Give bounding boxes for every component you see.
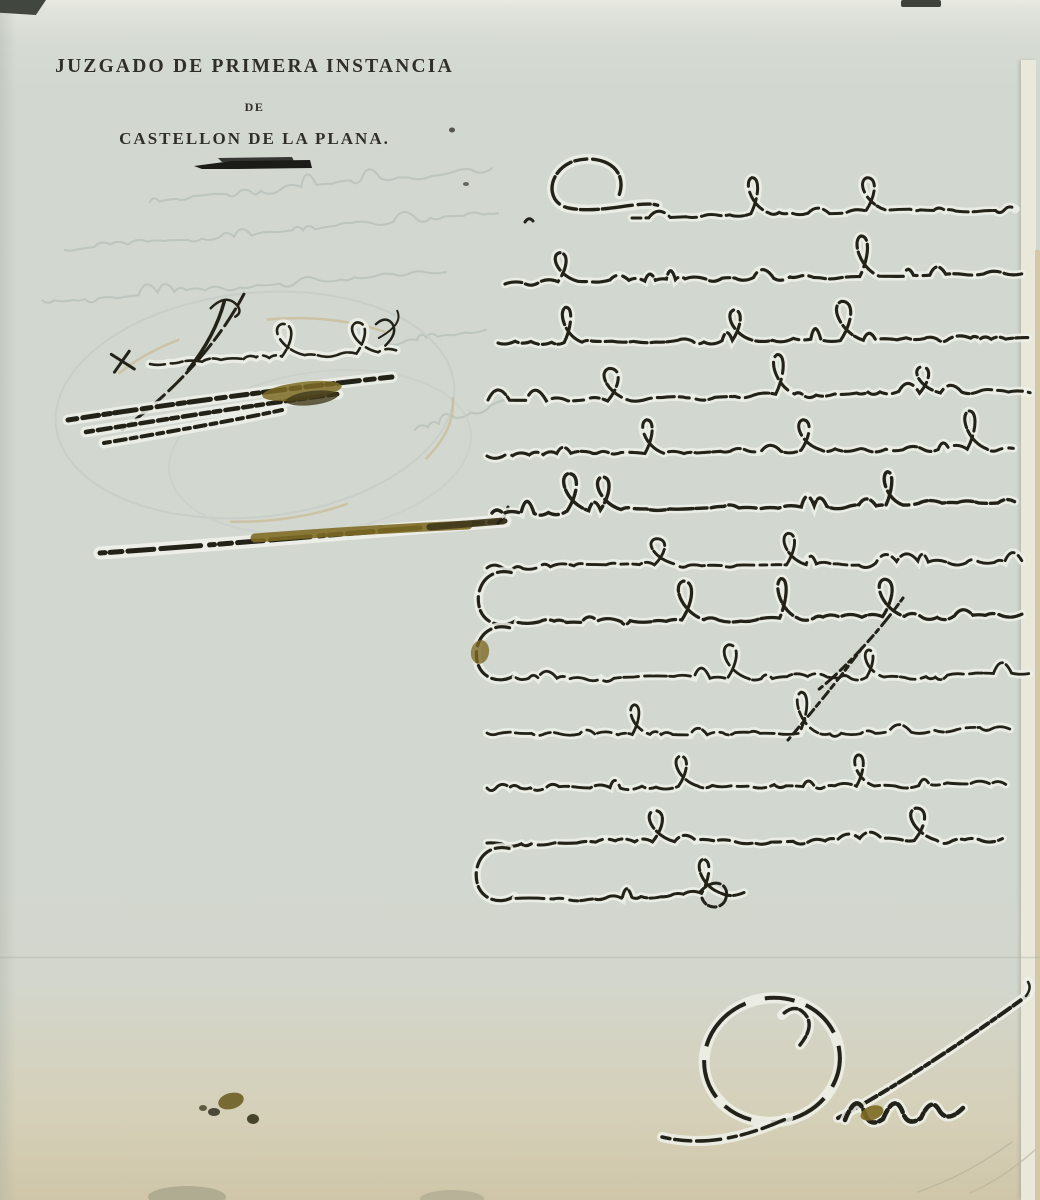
handwriting-line-group xyxy=(487,807,1003,847)
capital-ink-blot xyxy=(469,639,491,666)
handwriting-line-group xyxy=(476,622,1029,683)
handwriting-line-group xyxy=(487,690,1010,740)
handwriting-line xyxy=(631,170,1016,222)
handwriting-line xyxy=(488,352,1031,403)
handwriting-line xyxy=(478,571,516,625)
bleedthrough-ghost-line xyxy=(41,264,446,306)
handwriting-line xyxy=(476,847,514,901)
ink-speck xyxy=(199,1105,207,1111)
handwriting-line-group xyxy=(476,843,744,902)
ink-speck xyxy=(247,1114,259,1124)
signature-halo xyxy=(694,987,849,1133)
manuscript-ink-layer xyxy=(0,0,1040,1200)
handwriting-line-group xyxy=(487,753,1006,793)
handwriting-line-group xyxy=(491,466,1014,516)
handwriting-line-group xyxy=(487,530,1022,572)
scanned-document: JUZGADO DE PRIMERA INSTANCIA DE CASTELLO… xyxy=(0,0,1040,1200)
handwriting-line xyxy=(497,298,1027,348)
scan-edge-artifact xyxy=(901,0,941,7)
bleedthrough-ghost-line xyxy=(64,204,498,253)
letterhead-court-name: JUZGADO DE PRIMERA INSTANCIA xyxy=(42,56,467,78)
handwriting-line-group xyxy=(497,298,1027,348)
handwriting-line xyxy=(504,233,1022,286)
margin-annotation-stroke xyxy=(376,319,395,346)
letterhead-city: CASTELLON DE LA PLANA. xyxy=(42,129,467,149)
handwriting-line-group xyxy=(478,564,1022,626)
paper-hairline xyxy=(918,1142,1012,1192)
lead-mark xyxy=(525,219,533,222)
handwriting-line xyxy=(517,575,1022,626)
letterhead-rule-ornament xyxy=(42,157,467,173)
ink-speck xyxy=(216,1090,245,1112)
signature-halo xyxy=(662,1118,788,1141)
handwriting-line-group xyxy=(504,233,1022,286)
ink-speck xyxy=(463,182,469,186)
letterhead: JUZGADO DE PRIMERA INSTANCIA DE CASTELLO… xyxy=(42,56,467,178)
ink-speck xyxy=(208,1108,220,1116)
signature-oval xyxy=(694,987,849,1133)
handwriting-line-group xyxy=(486,410,1013,459)
handwriting-line-group xyxy=(551,147,1015,225)
paper-hairline xyxy=(970,1150,1035,1193)
letterhead-de: DE xyxy=(42,100,467,115)
handwriting-line-group xyxy=(488,352,1031,403)
